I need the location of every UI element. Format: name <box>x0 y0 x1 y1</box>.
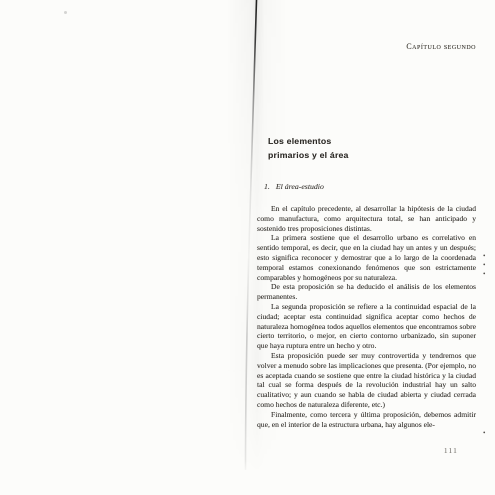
running-header: Capítulo segundo <box>296 42 476 51</box>
section-title: El área-estudio <box>276 182 324 191</box>
body-text: En el capítulo precedente, al desarrolla… <box>257 204 476 429</box>
margin-dot: • <box>483 262 489 269</box>
section-number: 1. <box>264 182 270 191</box>
paragraph: Esta proposición puede ser muy controver… <box>257 351 476 410</box>
book-scan-page: Capítulo segundo Los elementos primarios… <box>0 0 495 495</box>
paragraph: La primera sostiene que el desarrollo ur… <box>257 233 476 282</box>
paragraph: De esta proposición se ha deducido el an… <box>257 282 476 302</box>
paragraph: Finalmente, como tercera y última propos… <box>257 410 476 430</box>
page-number: 111 <box>376 446 458 455</box>
paragraph: En el capítulo precedente, al desarrolla… <box>257 204 476 233</box>
margin-dot: • <box>483 430 489 437</box>
scan-speck <box>64 11 67 14</box>
margin-dot: • <box>483 253 489 260</box>
margin-dot: • <box>483 271 489 278</box>
section-heading: 1.El área-estudio <box>264 182 324 191</box>
chapter-title-line1: Los elementos <box>268 134 349 148</box>
paragraph: La segunda proposición se refiere a la c… <box>257 302 476 351</box>
chapter-title-line2: primarios y el área <box>268 148 349 162</box>
chapter-title: Los elementos primarios y el área <box>268 134 349 163</box>
